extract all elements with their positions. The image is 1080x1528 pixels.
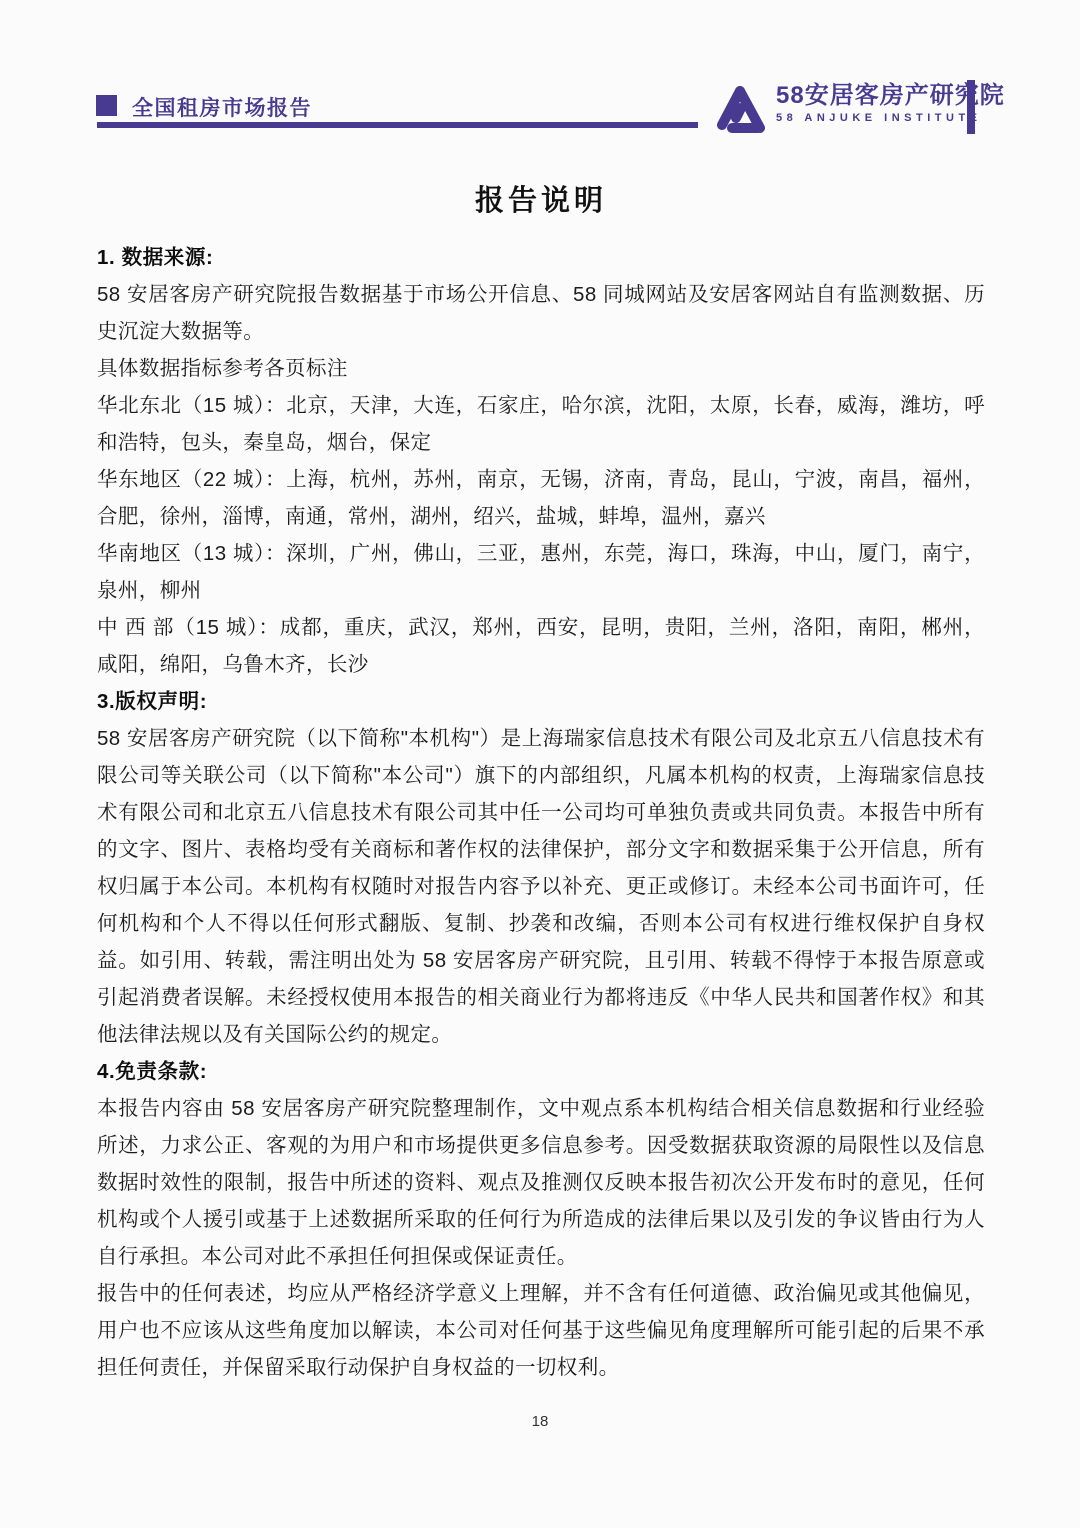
- header-vertical-bar: [967, 80, 975, 134]
- region-list-south: 华南地区（13 城）：深圳，广州，佛山，三亚，惠州，东莞，海口，珠海，中山，厦门…: [97, 535, 985, 609]
- report-page: 全国租房市场报告 58安居客房产研究院 58 ANJUKE INSTITUTE …: [0, 0, 1080, 1528]
- section-1-paragraph: 58 安居客房产研究院报告数据基于市场公开信息、58 同城网站及安居客网站自有监…: [97, 276, 985, 350]
- region-list-midwest: 中 西 部（15 城）：成都，重庆，武汉，郑州，西安，昆明，贵阳，兰州，洛阳，南…: [97, 609, 985, 683]
- section-4-paragraph: 报告中的任何表述，均应从严格经济学意义上理解，并不含有任何道德、政治偏见或其他偏…: [97, 1275, 985, 1386]
- page-number: 18: [0, 1413, 1080, 1430]
- header-report-tag: 全国租房市场报告: [132, 92, 312, 122]
- institute-logo: 58安居客房产研究院 58 ANJUKE INSTITUTE: [712, 82, 1005, 136]
- region-list-north: 华北东北（15 城）：北京，天津，大连，石家庄，哈尔滨，沈阳，太原，长春，威海，…: [97, 387, 985, 461]
- header-square-icon: [96, 95, 117, 116]
- section-3-paragraph: 58 安居客房产研究院（以下简称"本机构"）是上海瑞家信息技术有限公司及北京五八…: [97, 720, 985, 1053]
- section-1-heading: 1. 数据来源:: [97, 239, 985, 276]
- region-list-east: 华东地区（22 城）：上海，杭州，苏州，南京，无锡，济南，青岛，昆山，宁波，南昌…: [97, 461, 985, 535]
- header-underline: [97, 122, 698, 128]
- page-title: 报告说明: [97, 178, 985, 219]
- section-3-heading: 3.版权声明:: [97, 683, 985, 720]
- document-body: 报告说明 1. 数据来源: 58 安居客房产研究院报告数据基于市场公开信息、58…: [97, 178, 985, 1386]
- anjuke-triangle-logo-icon: [712, 82, 768, 136]
- section-1-paragraph: 具体数据指标参考各页标注: [97, 350, 985, 387]
- section-4-paragraph: 本报告内容由 58 安居客房产研究院整理制作，文中观点系本机构结合相关信息数据和…: [97, 1090, 985, 1275]
- section-4-heading: 4.免责条款:: [97, 1053, 985, 1090]
